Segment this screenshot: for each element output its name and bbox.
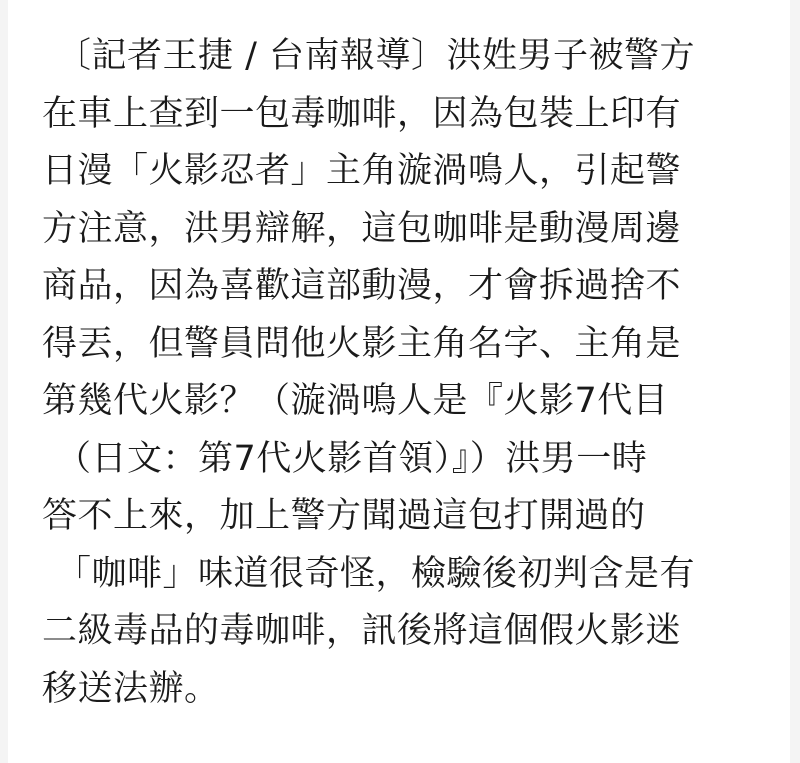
article-line-5: 商品，因為喜歡這部動漫，才會拆過捨不 [42, 258, 762, 316]
article-line-12: 移送法辦。 [42, 661, 762, 719]
article-line-10: 「咖啡」味道很奇怪，檢驗後初判含是有 [42, 546, 762, 604]
article-line-8: （日文：第7代火影首領）』）洪男一時 [42, 431, 762, 489]
article-line-4: 方注意，洪男辯解，這包咖啡是動漫周邊 [42, 201, 762, 259]
article-line-6: 得丟，但警員問他火影主角名字、主角是 [42, 316, 762, 374]
article-line-9: 答不上來，加上警方聞過這包打開過的 [42, 488, 762, 546]
article-line-11: 二級毒品的毒咖啡，訊後將這個假火影迷 [42, 603, 762, 661]
article-line-3: 日漫「火影忍者」主角漩渦鳴人，引起警 [42, 143, 762, 201]
article-line-7: 第幾代火影？（漩渦鳴人是『火影7代目 [42, 373, 762, 431]
article-line-2: 在車上查到一包毒咖啡，因為包裝上印有 [42, 86, 762, 144]
article-body: 〔記者王捷 / 台南報導〕洪姓男子被警方 在車上查到一包毒咖啡，因為包裝上印有 … [42, 28, 762, 718]
news-clipping: 〔記者王捷 / 台南報導〕洪姓男子被警方 在車上查到一包毒咖啡，因為包裝上印有 … [8, 0, 790, 763]
article-line-1: 〔記者王捷 / 台南報導〕洪姓男子被警方 [42, 28, 762, 86]
